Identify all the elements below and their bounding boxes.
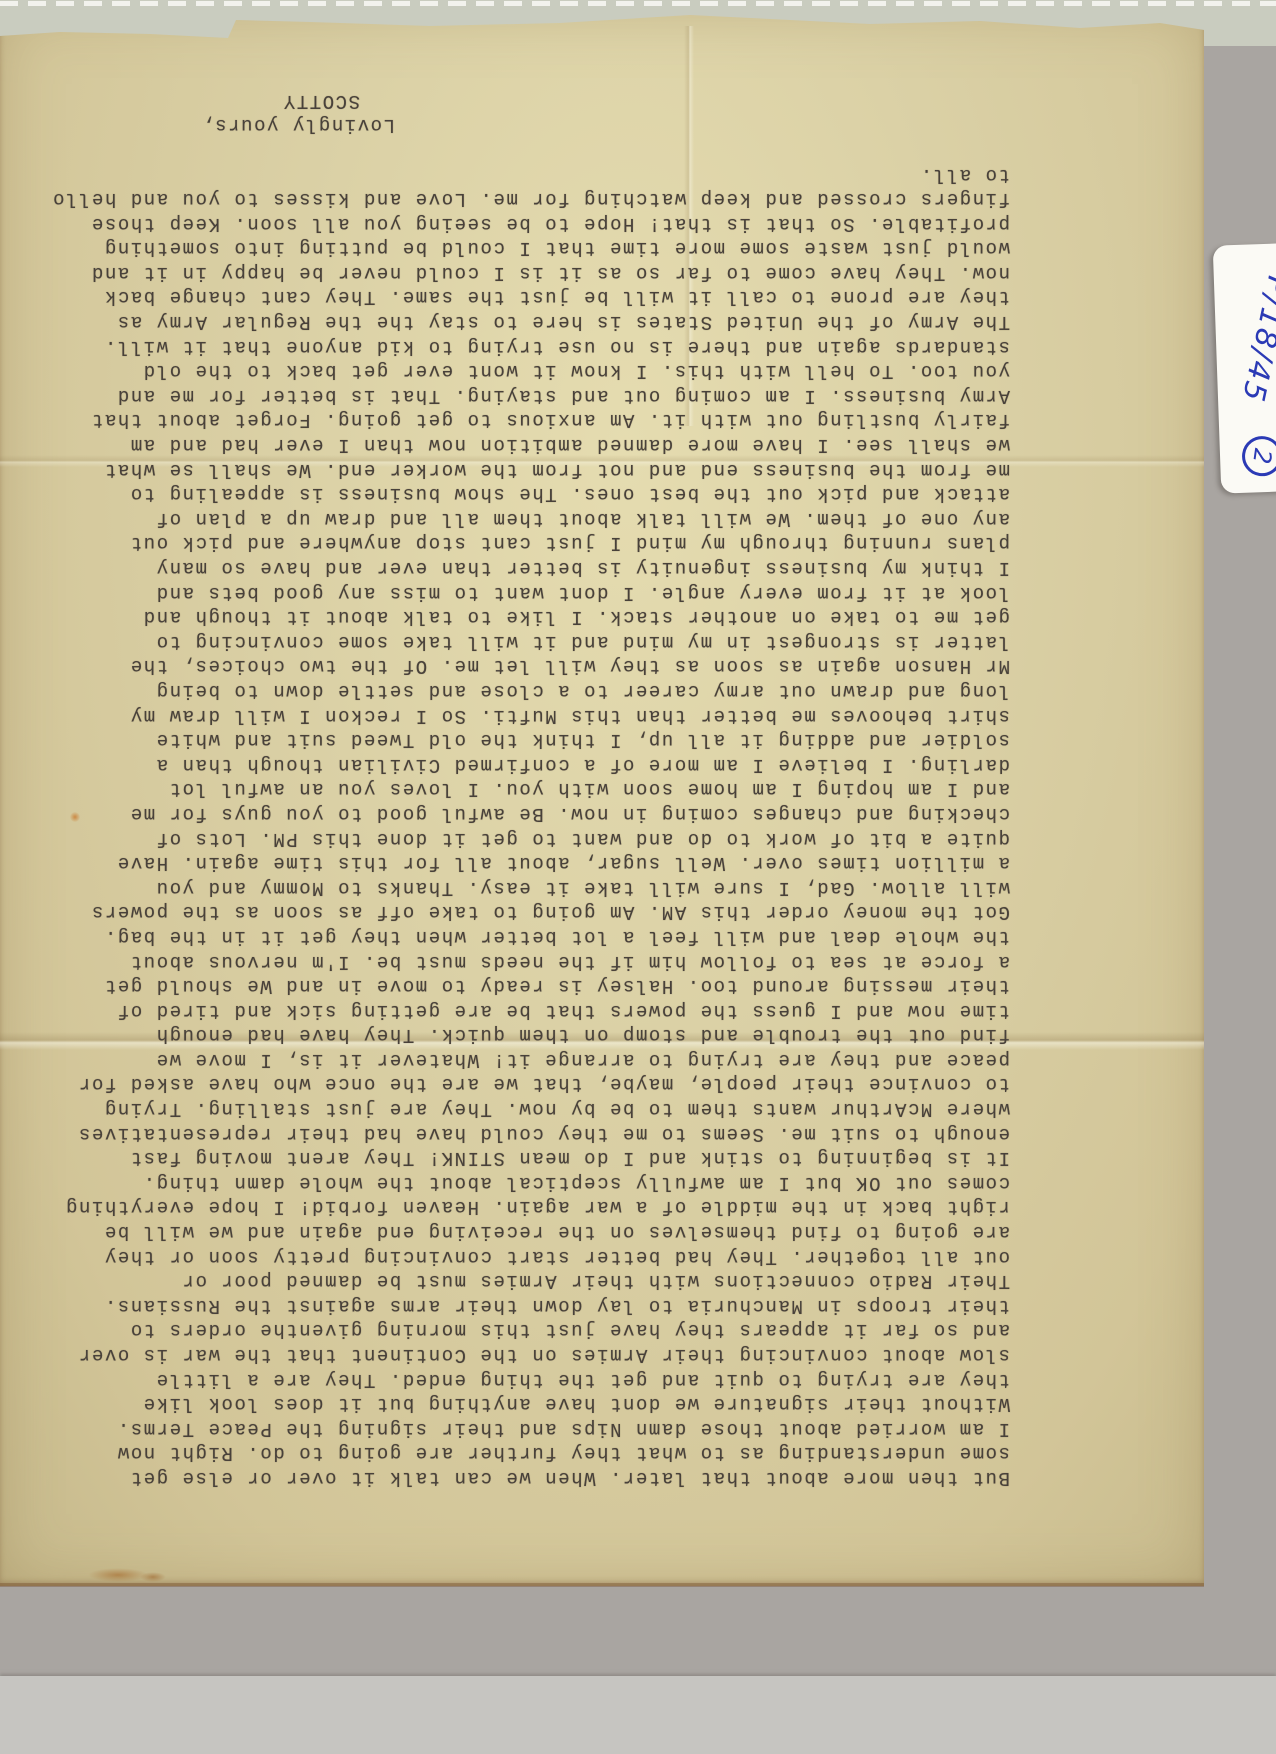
letter-body-line: are going to find themselves on the rece… bbox=[100, 1219, 1010, 1244]
letter-body: But then more about that later. When we … bbox=[100, 162, 1010, 1490]
page-number-circled: 2 bbox=[1239, 434, 1276, 479]
archival-label: P/18/45 2 bbox=[1213, 242, 1276, 493]
letter-body-line: It is beginning to stink and I do mean S… bbox=[100, 1146, 1010, 1171]
letter-body-line: But then more about that later. When we … bbox=[100, 1465, 1010, 1490]
letter-body-line: peace and they are trying to arrange it!… bbox=[100, 1047, 1010, 1072]
scanner-bottom-band bbox=[0, 1676, 1276, 1754]
letter-body-line: darling. I believe I am more of a confir… bbox=[100, 752, 1010, 777]
letter-body-line: look at it from every angle. I dont want… bbox=[100, 580, 1010, 605]
letter-body-line: any one of them. We will talk about them… bbox=[100, 506, 1010, 531]
letter-body-line: standards again and there is no use tryi… bbox=[100, 334, 1010, 359]
letter-body-line: latter is strongest in my mind and it wi… bbox=[100, 629, 1010, 654]
letter-body-line: Mr Hanson again as soon as they will let… bbox=[100, 654, 1010, 679]
letter-body-line: profitable. So that is that! Hope to be … bbox=[100, 211, 1010, 236]
letter-body-line: the whole deal and will feel a lot bette… bbox=[100, 924, 1010, 949]
letter-closing: Lovingly yours, bbox=[100, 113, 395, 138]
paper-bottom-edge bbox=[0, 1583, 1204, 1587]
letter-body-line: where McArthur wants them to be by now. … bbox=[100, 1097, 1010, 1122]
letter-body-line: attack and pick out the best ones. The s… bbox=[100, 482, 1010, 507]
letter-body-line: Without their signature we dont have any… bbox=[100, 1392, 1010, 1417]
perforation-strip bbox=[0, 1, 1276, 6]
letter-body-line: we shall see. I have more damned ambitio… bbox=[100, 432, 1010, 457]
letter-body-line: their messing around too. Halsey is read… bbox=[100, 974, 1010, 999]
letter-body-line: a force at sea to follow him if the need… bbox=[100, 949, 1010, 974]
letter-text-upside-down: But then more about that later. When we … bbox=[0, 12, 1204, 1586]
letter-body-line: Got the money order this AM. Am going to… bbox=[100, 900, 1010, 925]
letter-body-line: their troops in Manchuria to lay down th… bbox=[100, 1293, 1010, 1318]
letter-body-line: checking and changes coming in now. Be a… bbox=[100, 801, 1010, 826]
letter-body-line: now. They have come to far so as it is I… bbox=[100, 260, 1010, 285]
letter-body-line: will allow. Gad, I sure will take it eas… bbox=[100, 875, 1010, 900]
letter-body-line: comes out OK but I am awfully sceptical … bbox=[100, 1170, 1010, 1195]
letter-page: But then more about that later. When we … bbox=[0, 12, 1204, 1586]
letter-body-line: a million times over. Well sugar, about … bbox=[100, 851, 1010, 876]
letter-body-line: Their Radio connections with their Armie… bbox=[100, 1269, 1010, 1294]
letter-body-line: fingers crossed and keep watching for me… bbox=[100, 187, 1010, 212]
letter-body-line: out all together. They had better start … bbox=[100, 1244, 1010, 1269]
letter-body-line: to all. bbox=[100, 162, 1010, 187]
letter-body-line: they are trying to quit and get the thin… bbox=[100, 1367, 1010, 1392]
letter-body-line: you too. To hell with this. I know it wo… bbox=[100, 359, 1010, 384]
letter-body-line: me from the business end and not from th… bbox=[100, 457, 1010, 482]
letter-body-line: Army business. I am coming out and stayi… bbox=[100, 383, 1010, 408]
letter-body-line: enough to suit me. Seems to me they coul… bbox=[100, 1121, 1010, 1146]
letter-body-line: I think my business ingenuity is better … bbox=[100, 555, 1010, 580]
letter-body-line: find out the trouble and stomp on them q… bbox=[100, 1023, 1010, 1048]
letter-body-line: The Army of the United States is here to… bbox=[100, 310, 1010, 335]
letter-body-line: shirt behooves me better than this Mufti… bbox=[100, 703, 1010, 728]
letter-body-line: quite a bit of work to do and want to ge… bbox=[100, 826, 1010, 851]
letter-body-line: they are prone to call it will be just t… bbox=[100, 285, 1010, 310]
letter-body-line: get me to take on another stack. I like … bbox=[100, 605, 1010, 630]
letter-body-line: time now and I guess the powers that be … bbox=[100, 998, 1010, 1023]
letter-body-line: soldier and adding it all up, I think th… bbox=[100, 728, 1010, 753]
letter-body-line: and I am hoping I am home soon with you.… bbox=[100, 777, 1010, 802]
letter-body-line: would just waste some more time that I c… bbox=[100, 236, 1010, 261]
letter-signature: SCOTTY bbox=[100, 88, 360, 113]
archival-reference-handwritten: P/18/45 bbox=[1234, 272, 1276, 406]
letter-body-line: to convince their people, maybe, that we… bbox=[100, 1072, 1010, 1097]
letter-body-line: right back in the middle of a war again.… bbox=[100, 1195, 1010, 1220]
letter-body-line: fairly bustling out with it. Am anxious … bbox=[100, 408, 1010, 433]
scanned-letter-page: { "scan": { "colors": { "paper": "#d8cda… bbox=[0, 0, 1276, 1754]
letter-body-line: long and drawn out army career to a clos… bbox=[100, 678, 1010, 703]
letter-body-line: I am worried about those damn Nips and t… bbox=[100, 1416, 1010, 1441]
letter-body-line: some understanding as to what they furth… bbox=[100, 1441, 1010, 1466]
letter-body-line: plans running through my mind I just can… bbox=[100, 531, 1010, 556]
letter-body-line: slow about convincing their Armies on th… bbox=[100, 1342, 1010, 1367]
letter-body-line: and so far it appears they have just thi… bbox=[100, 1318, 1010, 1343]
